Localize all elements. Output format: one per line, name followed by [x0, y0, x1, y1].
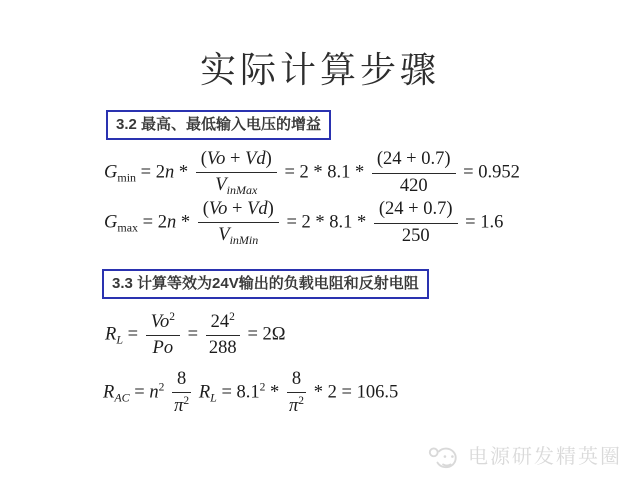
formula-load-resistance: RL = Vo2Po = 242288 = 2Ω [105, 310, 286, 360]
watermark-text: 电源研发精英圈 [468, 444, 622, 470]
section-heading-3-2-label: 3.2 最高、最低输入电压的增益 [116, 116, 321, 133]
section-heading-3-3-label: 3.3 计算等效为24V输出的负载电阻和反射电阻 [112, 275, 419, 292]
section-heading-3-3: 3.3 计算等效为24V输出的负载电阻和反射电阻 [102, 269, 429, 299]
formula-reflected-resistance: RAC = n2 8π2 RL = 8.12 * 8π2 * 2 = 106.5 [103, 368, 398, 418]
watermark: 电源研发精英圈 [427, 443, 622, 471]
panda-mascot-icon [427, 443, 461, 471]
formula-gain-min: Gmin = 2n * (Vo + Vd)VinMax = 2 * 8.1 * … [104, 148, 520, 198]
page-title: 实际计算步骤 [0, 50, 640, 90]
section-heading-3-2: 3.2 最高、最低输入电压的增益 [106, 110, 331, 140]
slide-canvas: 实际计算步骤 3.2 最高、最低输入电压的增益 Gmin = 2n * (Vo … [0, 0, 640, 488]
formula-gain-max: Gmax = 2n * (Vo + Vd)VinMin = 2 * 8.1 * … [104, 198, 503, 248]
